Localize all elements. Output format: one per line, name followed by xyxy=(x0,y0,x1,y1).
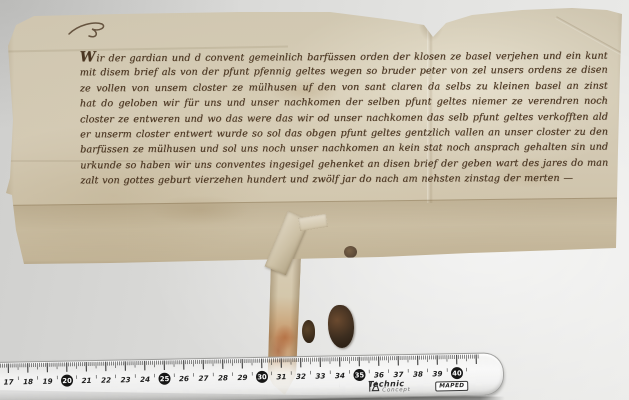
ruler-scale: 1718192021222324252627282930313233343536… xyxy=(0,353,503,400)
manuscript-line: zalt von gottes geburt vierzehen hundert… xyxy=(80,171,608,189)
svg-text:29: 29 xyxy=(237,373,247,382)
technic-brand: Technic Concept xyxy=(368,380,411,396)
svg-text:38: 38 xyxy=(413,370,423,379)
svg-text:27: 27 xyxy=(198,374,208,383)
svg-text:36: 36 xyxy=(374,370,384,379)
maped-logo: MAPED xyxy=(435,381,468,392)
svg-text:17: 17 xyxy=(3,377,13,386)
svg-text:30: 30 xyxy=(257,373,267,381)
concept-brand-text: Concept xyxy=(382,387,410,394)
seal-remnant xyxy=(328,305,354,348)
svg-text:21: 21 xyxy=(81,376,91,385)
ruler: 1718192021222324252627282930313233343536… xyxy=(0,352,504,400)
manuscript-text-block: Wir der gardian und d convent gemeinlich… xyxy=(80,48,609,189)
svg-text:19: 19 xyxy=(42,377,52,386)
svg-text:39: 39 xyxy=(432,369,442,378)
flourish-mark xyxy=(66,18,114,42)
top-edge-notch-shadow xyxy=(418,12,444,42)
svg-text:20: 20 xyxy=(62,377,72,385)
svg-text:22: 22 xyxy=(101,376,111,385)
svg-text:31: 31 xyxy=(276,372,286,381)
svg-text:37: 37 xyxy=(393,370,403,379)
svg-text:28: 28 xyxy=(218,373,228,382)
svg-text:25: 25 xyxy=(160,375,170,383)
photo-background: 1718192021222324252627282930313233343536… xyxy=(0,0,629,400)
svg-text:23: 23 xyxy=(120,375,130,384)
parchment-charter: Wir der gardian und d convent gemeinlich… xyxy=(0,0,629,272)
svg-text:35: 35 xyxy=(355,371,365,379)
seal-attachment-stain xyxy=(344,246,357,258)
technic-logo-icon xyxy=(368,381,379,392)
svg-text:26: 26 xyxy=(179,374,189,383)
svg-text:24: 24 xyxy=(140,375,150,384)
svg-text:18: 18 xyxy=(23,377,33,386)
seal-remnant-small xyxy=(302,320,315,343)
svg-text:40: 40 xyxy=(452,369,462,377)
